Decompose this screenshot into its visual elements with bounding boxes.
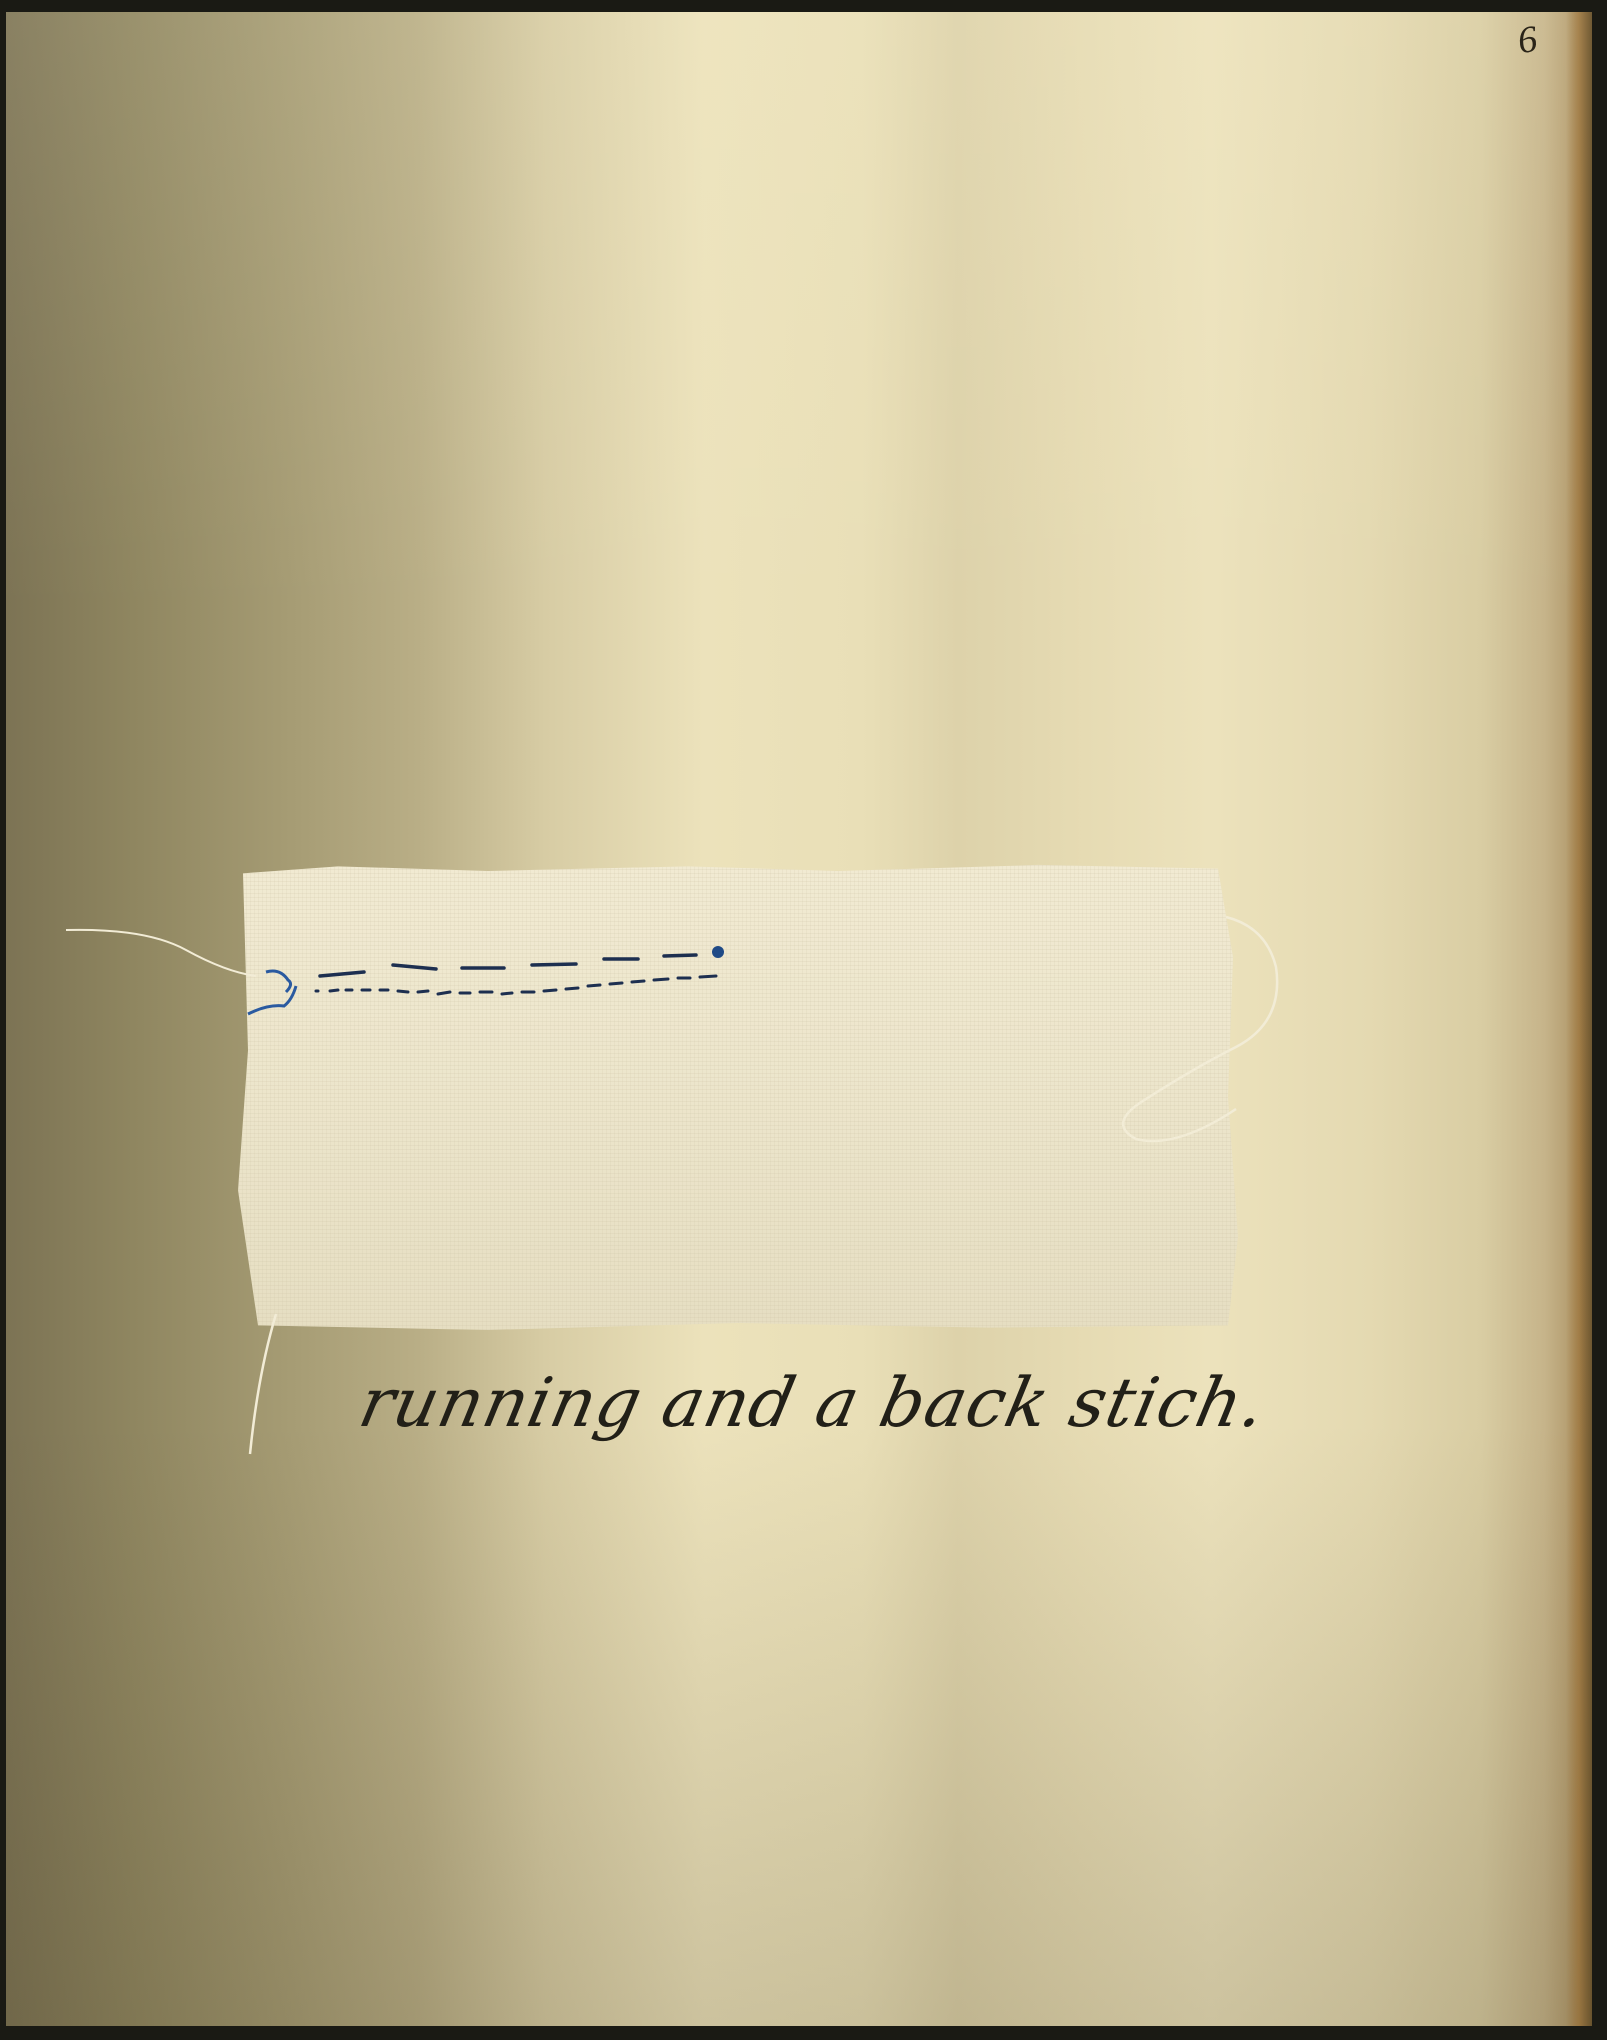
loose-thread-icon — [6, 12, 1606, 2040]
handwritten-caption: running and a back stich. — [353, 1364, 1273, 1443]
scanned-page: 6 — [6, 12, 1592, 2026]
